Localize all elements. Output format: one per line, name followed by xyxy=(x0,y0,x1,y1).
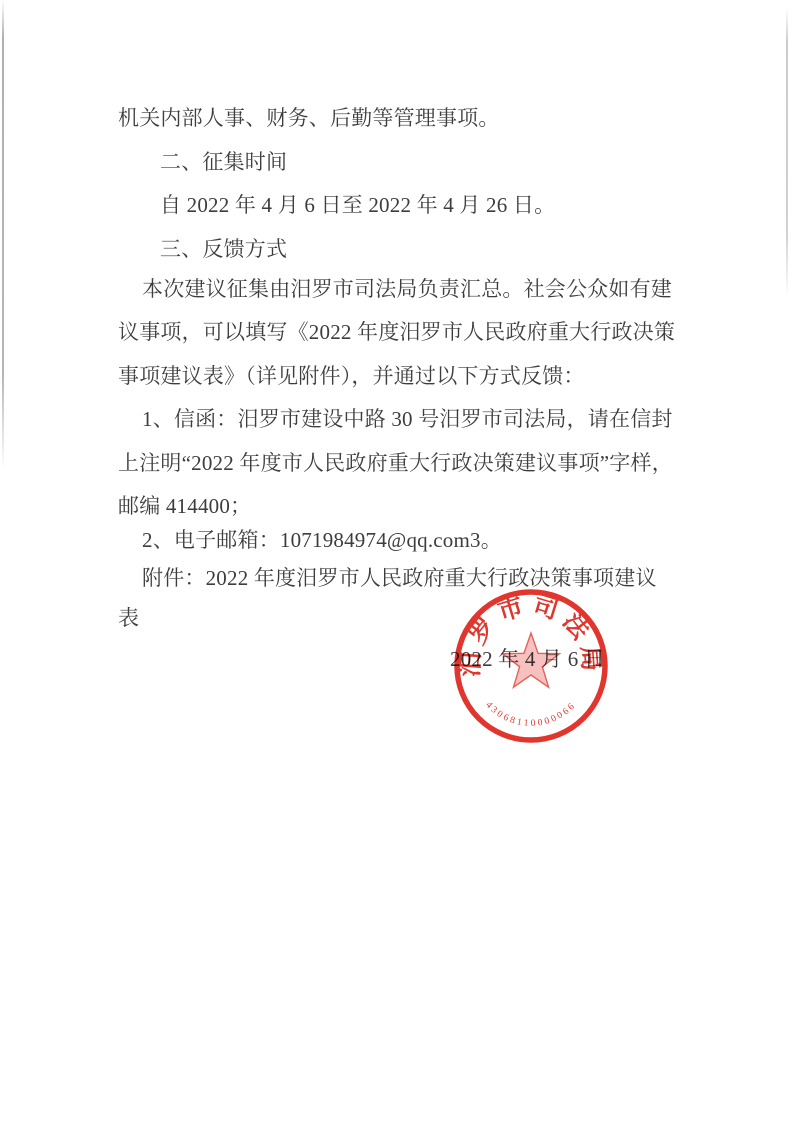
seal-star-icon xyxy=(503,633,560,687)
attachment-line-2: 表 xyxy=(118,606,139,631)
mail-method-line-1: 1、信函：汨罗市建设中路 30 号汨罗市司法局，请在信封 xyxy=(142,407,673,432)
section-heading-3: 三、反馈方式 xyxy=(160,237,287,262)
mail-method-line-2: 上注明“2022 年度市人民政府重大行政决策建议事项”字样， xyxy=(118,451,673,476)
feedback-intro-line-3: 事项建议表》（详见附件），并通过以下方式反馈： xyxy=(118,364,585,389)
document-page: 机关内部人事、财务、后勤等管理事项。 二、征集时间 自 2022 年 4 月 6… xyxy=(0,0,793,1122)
feedback-intro-line-1: 本次建议征集由汨罗市司法局负责汇总。社会公众如有建 xyxy=(142,277,672,302)
email-method-line: 2、电子邮箱：1071984974@qq.com3。 xyxy=(142,528,502,553)
section-heading-2: 二、征集时间 xyxy=(160,150,287,175)
collection-period-line: 自 2022 年 4 月 6 日至 2022 年 4 月 26 日。 xyxy=(160,193,555,218)
mail-method-line-3: 邮编 414400； xyxy=(118,494,251,519)
seal-code-text: 43068110000066 xyxy=(483,700,578,729)
scan-edge-artifact-left xyxy=(2,0,4,470)
feedback-intro-line-2: 议事项，可以填写《2022 年度汨罗市人民政府重大行政决策 xyxy=(118,320,675,345)
body-text-line: 机关内部人事、财务、后勤等管理事项。 xyxy=(118,106,500,131)
scan-edge-artifact-right xyxy=(786,8,788,298)
official-seal: 汨罗市司法局 43068110000066 xyxy=(446,581,616,751)
